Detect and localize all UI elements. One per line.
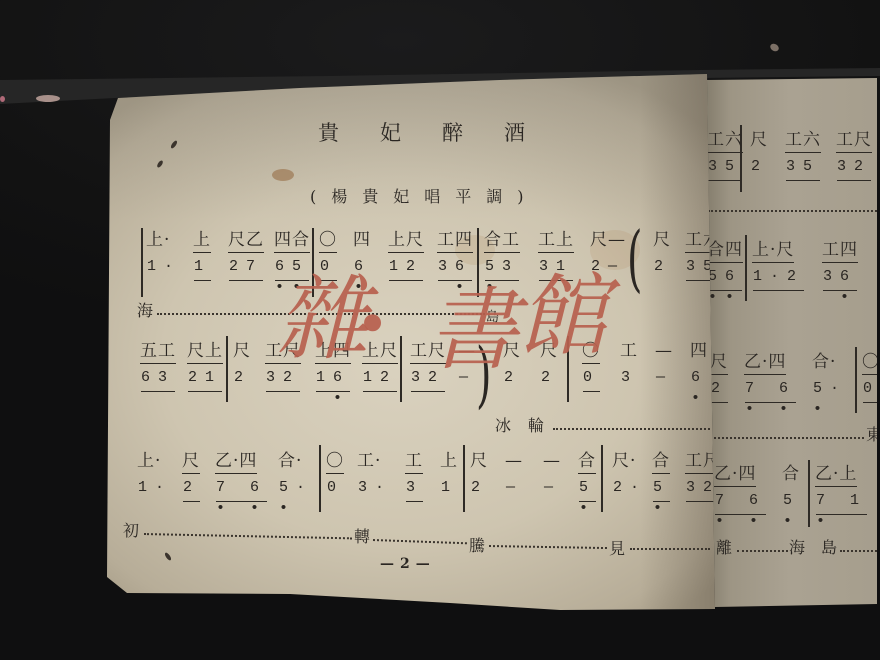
- jianpu-number: 12: [363, 369, 397, 392]
- jianpu-number: 2: [711, 380, 728, 403]
- jianpu-number: 16: [316, 369, 350, 392]
- jianpu-number: 1: [194, 258, 211, 281]
- gongche-symbol: 尺·: [612, 451, 636, 471]
- gongche-symbol: 尺上: [187, 341, 223, 364]
- bar-line: [808, 460, 810, 527]
- low-octave-dots: •: [816, 516, 833, 528]
- jianpu-number: 5·: [813, 380, 847, 398]
- jianpu-number: 1·2: [753, 268, 804, 291]
- close-parenthesis: ): [476, 338, 491, 410]
- paper-mark: [164, 552, 172, 562]
- gongche-symbol: 乙·四: [744, 352, 786, 375]
- gongche-symbol: 四: [353, 230, 371, 250]
- jianpu-number: 1·: [138, 479, 172, 497]
- gongche-symbol: 尺: [653, 230, 671, 250]
- lyric-char: 轉: [354, 528, 370, 546]
- lyric-dotted-line: [373, 539, 467, 544]
- gongche-symbol: 尺: [503, 341, 521, 361]
- lyric-dotted-line: [553, 428, 710, 430]
- gongche-symbol: 〇: [319, 230, 337, 253]
- lyric-dotted-line: [708, 210, 880, 212]
- jianpu-number: 5: [579, 479, 596, 502]
- jianpu-number: 27: [229, 258, 263, 281]
- gongche-symbol: 合工: [484, 230, 520, 253]
- bar-line: [141, 228, 143, 297]
- bar-line: [319, 445, 321, 512]
- gongche-symbol: 〇: [862, 352, 880, 375]
- bar-line: [745, 235, 747, 301]
- gongche-symbol: —: [505, 451, 523, 471]
- jianpu-number: 12: [389, 258, 423, 281]
- gongche-symbol: 工尺: [410, 341, 446, 364]
- paper-scrap: [36, 95, 60, 102]
- low-octave-dots: •: [823, 292, 857, 304]
- gongche-symbol: 乙·四: [215, 451, 257, 474]
- bar-line: [855, 347, 857, 413]
- gongche-symbol: 尺: [540, 341, 558, 361]
- jianpu-number: 2: [541, 369, 558, 387]
- paper-mark: [170, 140, 178, 150]
- jianpu-number: 7 6: [745, 380, 796, 403]
- jianpu-number: 32: [411, 369, 445, 392]
- lyric-dotted-line: [157, 313, 485, 315]
- gongche-symbol: 工四: [437, 230, 473, 253]
- jianpu-number: 3: [621, 369, 638, 387]
- paper-scrap: [769, 42, 780, 53]
- gongche-symbol: 尺: [710, 352, 728, 375]
- jianpu-number: 0: [327, 479, 344, 497]
- jianpu-number: —: [459, 369, 476, 387]
- lyric-dotted-line: [840, 550, 880, 552]
- lyric-char: 海: [789, 539, 805, 557]
- gongche-symbol: 合·: [278, 451, 302, 471]
- gongche-symbol: 工: [405, 451, 423, 474]
- low-octave-dots: •: [485, 282, 502, 294]
- paper-mark: [156, 160, 164, 169]
- jianpu-number: 2: [471, 479, 488, 497]
- jianpu-number: 3: [406, 479, 423, 502]
- jianpu-number: 6: [691, 369, 708, 387]
- jianpu-number: 5: [783, 492, 800, 510]
- gongche-symbol: 上尺: [388, 230, 424, 253]
- jianpu-number: 63: [141, 369, 175, 392]
- gongche-symbol: 尺: [182, 451, 200, 474]
- jianpu-number: 32: [266, 369, 300, 392]
- jianpu-number: 5: [653, 479, 670, 502]
- gongche-symbol: 上四: [315, 341, 351, 364]
- paper-scrap: [0, 96, 5, 102]
- low-octave-dots: •: [316, 393, 350, 405]
- gongche-symbol: 工尺: [265, 341, 301, 364]
- jianpu-number: 2: [234, 369, 251, 387]
- jianpu-number: 2: [504, 369, 521, 387]
- gongche-symbol: 工四: [822, 240, 858, 263]
- jianpu-number: —: [656, 369, 673, 387]
- jianpu-number: 2: [654, 258, 671, 276]
- gongche-symbol: 上: [440, 451, 458, 471]
- gongche-symbol: 上: [193, 230, 211, 253]
- low-octave-dots: • •: [715, 516, 766, 528]
- gongche-symbol: 合四: [707, 240, 743, 263]
- jianpu-number: 1: [441, 479, 458, 497]
- gongche-symbol: 工: [620, 341, 638, 361]
- low-octave-dots: • •: [216, 503, 267, 515]
- low-octave-dots: •: [691, 393, 708, 405]
- lyric-char: 輪: [528, 417, 544, 435]
- jianpu-number: 35: [708, 158, 742, 181]
- gongche-symbol: 尺: [233, 341, 251, 361]
- book-photo: 貴妃醉酒 (楊貴妃唱平調) ( 上·1· 上1 尺乙27 四合65•• 〇0 四…: [0, 0, 880, 660]
- gongche-symbol: 乙·四: [714, 464, 756, 487]
- gongche-symbol: 五工: [140, 341, 176, 364]
- gongche-symbol: 尺: [750, 130, 768, 150]
- jianpu-number: 36: [823, 268, 857, 291]
- gongche-symbol: 上·: [137, 451, 161, 471]
- bar-line: [312, 228, 314, 297]
- lyric-char: 島: [821, 539, 837, 557]
- gongche-symbol: 工尺: [836, 130, 872, 153]
- jianpu-number: 6: [354, 258, 371, 276]
- jianpu-number: 5·: [279, 479, 313, 497]
- low-octave-dots: • •: [745, 404, 796, 416]
- gongche-symbol: 尺—: [590, 230, 626, 250]
- bar-line: [477, 228, 479, 297]
- jianpu-number: 53: [485, 258, 519, 281]
- low-octave-dots: •: [813, 404, 830, 416]
- open-parenthesis: (: [627, 222, 642, 294]
- jianpu-number: 21: [188, 369, 222, 392]
- jianpu-number: 31: [539, 258, 573, 281]
- bar-line: [567, 336, 569, 402]
- jianpu-number: —: [506, 479, 523, 497]
- bar-line: [226, 336, 228, 402]
- low-octave-dots: •: [279, 503, 296, 515]
- lyric-char: 離: [716, 539, 732, 557]
- lyric-char: 海: [137, 302, 153, 320]
- lyric-char: 騰: [469, 537, 485, 555]
- lyric-dotted-line: [489, 545, 607, 549]
- gongche-symbol: 合: [578, 451, 596, 474]
- low-octave-dots: •: [653, 503, 670, 515]
- jianpu-number: 2: [183, 479, 200, 502]
- lyric-char: 島: [486, 309, 499, 327]
- lyric-dotted-line: [710, 437, 864, 439]
- jianpu-number: 56: [708, 268, 742, 291]
- gongche-symbol: 上尺: [362, 341, 398, 364]
- gongche-symbol: 乙·上: [815, 464, 857, 487]
- gongche-symbol: 尺: [470, 451, 488, 471]
- gongche-symbol: 四合: [274, 230, 310, 253]
- jianpu-number: 2: [751, 158, 768, 176]
- jianpu-number: 0: [863, 380, 880, 403]
- gongche-symbol: 工六: [707, 130, 743, 153]
- gongche-symbol: 上·尺: [752, 240, 794, 263]
- lyric-char: 見: [609, 540, 625, 558]
- song-subtitle: (楊貴妃唱平調): [310, 184, 539, 207]
- low-octave-dots: •: [783, 516, 800, 528]
- gongche-symbol: —: [655, 341, 673, 361]
- low-octave-dots: ••: [275, 282, 309, 294]
- gongche-symbol: 工上: [538, 230, 574, 253]
- low-octave-dots: •: [438, 282, 472, 294]
- jianpu-number: 0: [320, 258, 337, 281]
- jianpu-number: —: [544, 479, 561, 497]
- gongche-symbol: 工·: [357, 451, 381, 471]
- jianpu-number: 2·: [613, 479, 647, 497]
- gongche-symbol: 尺乙: [228, 230, 264, 253]
- gongche-symbol: 合·: [812, 352, 836, 372]
- jianpu-number: 1·: [147, 258, 181, 276]
- jianpu-number: 7 1: [816, 492, 867, 515]
- low-octave-dots: •: [579, 503, 596, 515]
- gongche-symbol: 工六: [785, 130, 821, 153]
- lyric-char: 東: [866, 426, 880, 444]
- jianpu-number: 0: [583, 369, 600, 392]
- jianpu-number: 7 6: [715, 492, 766, 515]
- lyric-dotted-line: [144, 533, 352, 539]
- gongche-symbol: 〇: [326, 451, 344, 474]
- jianpu-number: 65: [275, 258, 309, 281]
- jianpu-number: 36: [438, 258, 472, 281]
- gongche-symbol: 〇: [582, 341, 600, 364]
- jianpu-number: 3·: [358, 479, 392, 497]
- gongche-symbol: —: [543, 451, 561, 471]
- bar-line: [400, 336, 402, 402]
- jianpu-number: 2—: [591, 258, 625, 276]
- gongche-symbol: 上·: [146, 230, 170, 250]
- lyric-char: 初: [123, 522, 139, 540]
- low-octave-dots: ••: [708, 292, 742, 304]
- jianpu-number: 32: [837, 158, 871, 181]
- lyric-dotted-line: [737, 550, 788, 552]
- stain: [272, 169, 294, 181]
- bar-line: [463, 445, 465, 512]
- lyric-char: 冰: [495, 417, 511, 435]
- page-number: —2—: [380, 556, 436, 572]
- gongche-symbol: —: [458, 341, 476, 361]
- gongche-symbol: 合: [782, 464, 800, 484]
- jianpu-number: 7 6: [216, 479, 267, 502]
- low-octave-dots: •: [354, 282, 371, 294]
- jianpu-number: 35: [786, 158, 820, 181]
- song-title: 貴妃醉酒: [318, 117, 566, 147]
- gongche-symbol: 合: [652, 451, 670, 474]
- lyric-dotted-line: [630, 548, 710, 550]
- gongche-symbol: 四: [690, 341, 708, 361]
- bar-line: [601, 445, 603, 512]
